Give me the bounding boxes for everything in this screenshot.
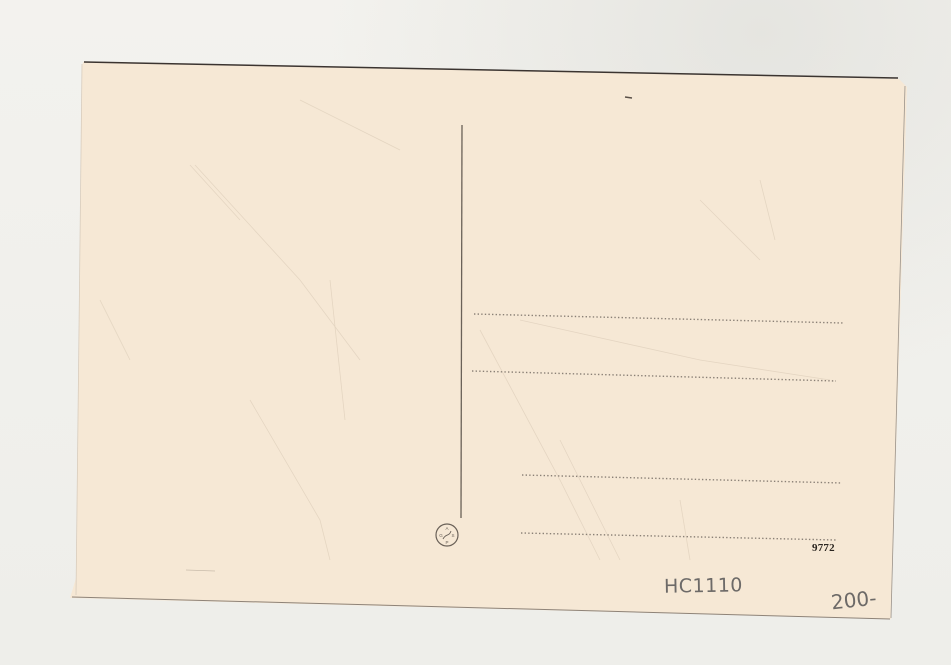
svg-text:G: G: [439, 533, 443, 538]
pencil-price-annotation: 200-: [830, 586, 878, 615]
svg-text:S: S: [451, 533, 454, 538]
svg-text:A: A: [445, 526, 448, 531]
card-number: 9772: [812, 542, 835, 554]
card-paper: [70, 62, 907, 619]
postcard-drawing: A G S P: [0, 0, 951, 665]
postcard-back: A G S P 9772 HC1110 200-: [0, 0, 951, 665]
ink-mark: [625, 97, 632, 98]
svg-text:P: P: [445, 540, 448, 545]
pencil-code-annotation: HC1110: [664, 574, 743, 597]
